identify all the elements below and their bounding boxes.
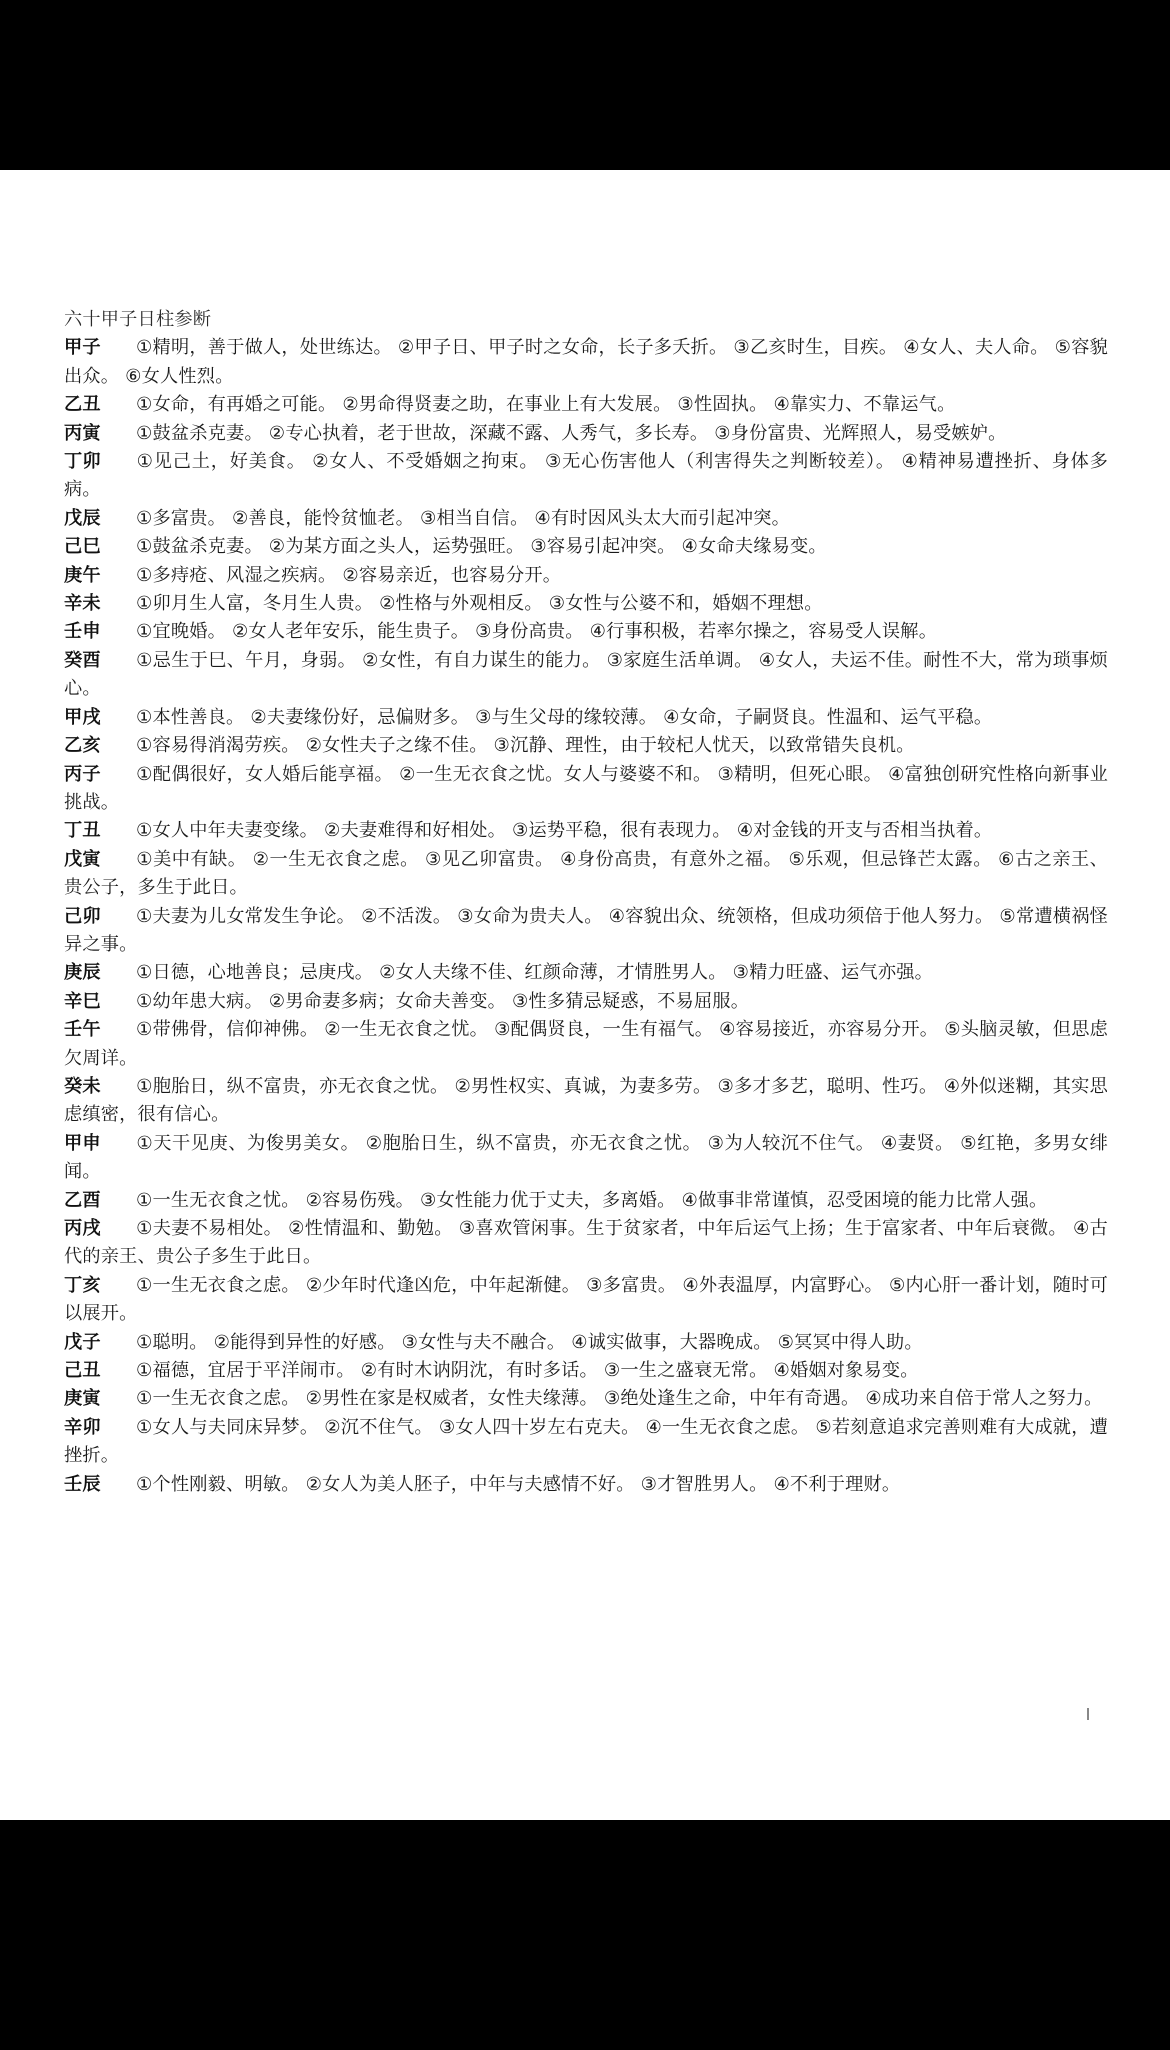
list-item: 丙子①配偶很好，女人婚后能享福。 ②一生无衣食之忧。女人与婆婆不和。 ③精明，但… — [64, 761, 1108, 818]
entry-stem-label: 丁丑 — [64, 817, 136, 845]
list-item: 庚辰①日德，心地善良；忌庚戌。 ②女人夫缘不佳、红颜命薄，才情胜男人。 ③精力旺… — [64, 959, 1108, 987]
entry-stem-label: 癸酉 — [64, 647, 136, 675]
list-item: 己巳①鼓盆杀克妻。 ②为某方面之头人，运势强旺。 ③容易引起冲突。 ④女命夫缘易… — [64, 533, 1108, 561]
entry-stem-label: 辛巳 — [64, 988, 136, 1016]
list-item: 辛未①卯月生人富，冬月生人贵。 ②性格与外观相反。 ③女性与公婆不和，婚姻不理想… — [64, 590, 1108, 618]
list-item: 丁亥①一生无衣食之虑。 ②少年时代逢凶危，中年起渐健。 ③多富贵。 ④外表温厚，… — [64, 1272, 1108, 1329]
entry-text: ①天干见庚、为俊男美女。 ②胞胎日生，纵不富贵，亦无衣食之忧。 ③为人较沉不住气… — [64, 1133, 1108, 1182]
entry-stem-label: 己丑 — [64, 1357, 136, 1385]
document-content: 六十甲子日柱参断 甲子①精明，善于做人，处世练达。 ②甲子日、甲子时之女命，长子… — [64, 306, 1108, 1499]
list-item: 丁卯①见己土，好美食。 ②女人、不受婚姻之拘束。 ③无心伤害他人（利害得失之判断… — [64, 448, 1108, 505]
entry-stem-label: 甲子 — [64, 334, 136, 362]
entry-stem-label: 庚辰 — [64, 959, 136, 987]
entry-list: 甲子①精明，善于做人，处世练达。 ②甲子日、甲子时之女命，长子多夭折。 ③乙亥时… — [64, 334, 1108, 1499]
list-item: 甲申①天干见庚、为俊男美女。 ②胞胎日生，纵不富贵，亦无衣食之忧。 ③为人较沉不… — [64, 1130, 1108, 1187]
entry-text: ①卯月生人富，冬月生人贵。 ②性格与外观相反。 ③女性与公婆不和，婚姻不理想。 — [136, 593, 823, 614]
list-item: 戊寅①美中有缺。 ②一生无衣食之虑。 ③见乙卯富贵。 ④身份高贵，有意外之福。 … — [64, 846, 1108, 903]
document-page: 六十甲子日柱参断 甲子①精明，善于做人，处世练达。 ②甲子日、甲子时之女命，长子… — [0, 170, 1170, 1820]
entry-text: ①多痔疮、风湿之疾病。 ②容易亲近，也容易分开。 — [136, 565, 561, 586]
entry-text: ①一生无衣食之忧。 ②容易伤残。 ③女性能力优于丈夫，多离婚。 ④做事非常谨慎，… — [136, 1190, 1047, 1211]
entry-stem-label: 壬申 — [64, 618, 136, 646]
entry-text: ①女人与夫同床异梦。 ②沉不住气。 ③女人四十岁左右克夫。 ④一生无衣食之虑。 … — [64, 1417, 1108, 1466]
list-item: 丁丑①女人中年夫妻变缘。 ②夫妻难得和好相处。 ③运势平稳，很有表现力。 ④对金… — [64, 817, 1108, 845]
list-item: 辛巳①幼年患大病。 ②男命妻多病；女命夫善变。 ③性多猜忌疑惑，不易屈服。 — [64, 988, 1108, 1016]
list-item: 乙丑①女命，有再婚之可能。 ②男命得贤妻之助，在事业上有大发展。 ③性固执。 ④… — [64, 391, 1108, 419]
entry-text: ①鼓盆杀克妻。 ②专心执着，老于世故，深藏不露、人秀气，多长寿。 ③身份富贵、光… — [136, 423, 1007, 444]
list-item: 庚寅①一生无衣食之虑。 ②男性在家是权威者，女性夫缘薄。 ③绝处逢生之命，中年有… — [64, 1385, 1108, 1413]
list-item: 壬辰①个性刚毅、明敏。 ②女人为美人胚子，中年与夫感情不好。 ③才智胜男人。 ④… — [64, 1471, 1108, 1499]
entry-text: ①福德，宜居于平洋闹市。 ②有时木讷阴沈，有时多话。 ③一生之盛衰无常。 ④婚姻… — [136, 1360, 919, 1381]
list-item: 癸酉①忌生于巳、午月，身弱。 ②女性，有自力谋生的能力。 ③家庭生活单调。 ④女… — [64, 647, 1108, 704]
entry-text: ①精明，善于做人，处世练达。 ②甲子日、甲子时之女命，长子多夭折。 ③乙亥时生，… — [64, 337, 1108, 386]
entry-text: ①美中有缺。 ②一生无衣食之虑。 ③见乙卯富贵。 ④身份高贵，有意外之福。 ⑤乐… — [64, 849, 1108, 898]
entry-text: ①一生无衣食之虑。 ②男性在家是权威者，女性夫缘薄。 ③绝处逢生之命，中年有奇遇… — [136, 1388, 1103, 1409]
entry-stem-label: 戊辰 — [64, 505, 136, 533]
entry-stem-label: 丙子 — [64, 761, 136, 789]
list-item: 戊子①聪明。 ②能得到异性的好感。 ③女性与夫不融合。 ④诚实做事，大器晚成。 … — [64, 1329, 1108, 1357]
list-item: 乙亥①容易得消渴劳疾。 ②女性夫子之缘不佳。 ③沉静、理性，由于较杞人忧天，以致… — [64, 732, 1108, 760]
list-item: 壬申①宜晚婚。 ②女人老年安乐，能生贵子。 ③身份高贵。 ④行事积极，若率尔操之… — [64, 618, 1108, 646]
document-title: 六十甲子日柱参断 — [64, 306, 1108, 334]
entry-stem-label: 辛卯 — [64, 1414, 136, 1442]
entry-text: ①容易得消渴劳疾。 ②女性夫子之缘不佳。 ③沉静、理性，由于较杞人忧天，以致常错… — [136, 735, 915, 756]
entry-stem-label: 庚寅 — [64, 1385, 136, 1413]
entry-text: ①聪明。 ②能得到异性的好感。 ③女性与夫不融合。 ④诚实做事，大器晚成。 ⑤冥… — [136, 1332, 923, 1353]
entry-text: ①女命，有再婚之可能。 ②男命得贤妻之助，在事业上有大发展。 ③性固执。 ④靠实… — [136, 394, 955, 415]
entry-stem-label: 甲申 — [64, 1130, 136, 1158]
list-item: 癸未①胞胎日，纵不富贵，亦无衣食之忧。 ②男性权实、真诚，为妻多劳。 ③多才多艺… — [64, 1073, 1108, 1130]
entry-text: ①鼓盆杀克妻。 ②为某方面之头人，运势强旺。 ③容易引起冲突。 ④女命夫缘易变。 — [136, 536, 827, 557]
entry-stem-label: 庚午 — [64, 562, 136, 590]
list-item: 丙戌①夫妻不易相处。 ②性情温和、勤勉。 ③喜欢管闲事。生于贫家者，中年后运气上… — [64, 1215, 1108, 1272]
entry-text: ①本性善良。 ②夫妻缘份好，忌偏财多。 ③与生父母的缘较薄。 ④女命，子嗣贤良。… — [136, 707, 992, 728]
list-item: 庚午①多痔疮、风湿之疾病。 ②容易亲近，也容易分开。 — [64, 562, 1108, 590]
page-edge-mark — [1087, 1708, 1089, 1720]
entry-stem-label: 丙寅 — [64, 420, 136, 448]
entry-stem-label: 戊寅 — [64, 846, 136, 874]
entry-text: ①见己土，好美食。 ②女人、不受婚姻之拘束。 ③无心伤害他人（利害得失之判断较差… — [64, 451, 1108, 500]
list-item: 壬午①带佛骨，信仰神佛。 ②一生无衣食之忧。 ③配偶贤良，一生有福气。 ④容易接… — [64, 1016, 1108, 1073]
entry-text: ①夫妻不易相处。 ②性情温和、勤勉。 ③喜欢管闲事。生于贫家者，中年后运气上扬；… — [64, 1218, 1108, 1267]
list-item: 辛卯①女人与夫同床异梦。 ②沉不住气。 ③女人四十岁左右克夫。 ④一生无衣食之虑… — [64, 1414, 1108, 1471]
entry-text: ①日德，心地善良；忌庚戌。 ②女人夫缘不佳、红颜命薄，才情胜男人。 ③精力旺盛、… — [136, 962, 933, 983]
entry-text: ①宜晚婚。 ②女人老年安乐，能生贵子。 ③身份高贵。 ④行事积极，若率尔操之，容… — [136, 621, 937, 642]
entry-stem-label: 戊子 — [64, 1329, 136, 1357]
entry-stem-label: 乙酉 — [64, 1187, 136, 1215]
entry-stem-label: 癸未 — [64, 1073, 136, 1101]
entry-text: ①夫妻为儿女常发生争论。 ②不活泼。 ③女命为贵夫人。 ④容貌出众、统领格，但成… — [64, 906, 1108, 955]
entry-text: ①胞胎日，纵不富贵，亦无衣食之忧。 ②男性权实、真诚，为妻多劳。 ③多才多艺，聪… — [64, 1076, 1108, 1125]
entry-stem-label: 甲戌 — [64, 704, 136, 732]
entry-text: ①个性刚毅、明敏。 ②女人为美人胚子，中年与夫感情不好。 ③才智胜男人。 ④不利… — [136, 1474, 900, 1495]
entry-stem-label: 己卯 — [64, 903, 136, 931]
entry-stem-label: 己巳 — [64, 533, 136, 561]
entry-stem-label: 乙亥 — [64, 732, 136, 760]
entry-stem-label: 壬辰 — [64, 1471, 136, 1499]
list-item: 己丑①福德，宜居于平洋闹市。 ②有时木讷阴沈，有时多话。 ③一生之盛衰无常。 ④… — [64, 1357, 1108, 1385]
list-item: 甲子①精明，善于做人，处世练达。 ②甲子日、甲子时之女命，长子多夭折。 ③乙亥时… — [64, 334, 1108, 391]
entry-stem-label: 丁卯 — [64, 448, 136, 476]
list-item: 甲戌①本性善良。 ②夫妻缘份好，忌偏财多。 ③与生父母的缘较薄。 ④女命，子嗣贤… — [64, 704, 1108, 732]
entry-stem-label: 壬午 — [64, 1016, 136, 1044]
entry-text: ①带佛骨，信仰神佛。 ②一生无衣食之忧。 ③配偶贤良，一生有福气。 ④容易接近，… — [64, 1019, 1108, 1068]
list-item: 丙寅①鼓盆杀克妻。 ②专心执着，老于世故，深藏不露、人秀气，多长寿。 ③身份富贵… — [64, 420, 1108, 448]
list-item: 乙酉①一生无衣食之忧。 ②容易伤残。 ③女性能力优于丈夫，多离婚。 ④做事非常谨… — [64, 1187, 1108, 1215]
entry-text: ①配偶很好，女人婚后能享福。 ②一生无衣食之忧。女人与婆婆不和。 ③精明，但死心… — [64, 764, 1108, 813]
entry-stem-label: 丙戌 — [64, 1215, 136, 1243]
entry-text: ①忌生于巳、午月，身弱。 ②女性，有自力谋生的能力。 ③家庭生活单调。 ④女人，… — [64, 650, 1108, 699]
entry-stem-label: 丁亥 — [64, 1272, 136, 1300]
entry-stem-label: 乙丑 — [64, 391, 136, 419]
entry-text: ①多富贵。 ②善良，能怜贫恤老。 ③相当自信。 ④有时因风头太大而引起冲突。 — [136, 508, 790, 529]
entry-text: ①女人中年夫妻变缘。 ②夫妻难得和好相处。 ③运势平稳，很有表现力。 ④对金钱的… — [136, 820, 992, 841]
list-item: 己卯①夫妻为儿女常发生争论。 ②不活泼。 ③女命为贵夫人。 ④容貌出众、统领格，… — [64, 903, 1108, 960]
list-item: 戊辰①多富贵。 ②善良，能怜贫恤老。 ③相当自信。 ④有时因风头太大而引起冲突。 — [64, 505, 1108, 533]
entry-text: ①一生无衣食之虑。 ②少年时代逢凶危，中年起渐健。 ③多富贵。 ④外表温厚，内富… — [64, 1275, 1108, 1324]
entry-text: ①幼年患大病。 ②男命妻多病；女命夫善变。 ③性多猜忌疑惑，不易屈服。 — [136, 991, 749, 1012]
entry-stem-label: 辛未 — [64, 590, 136, 618]
